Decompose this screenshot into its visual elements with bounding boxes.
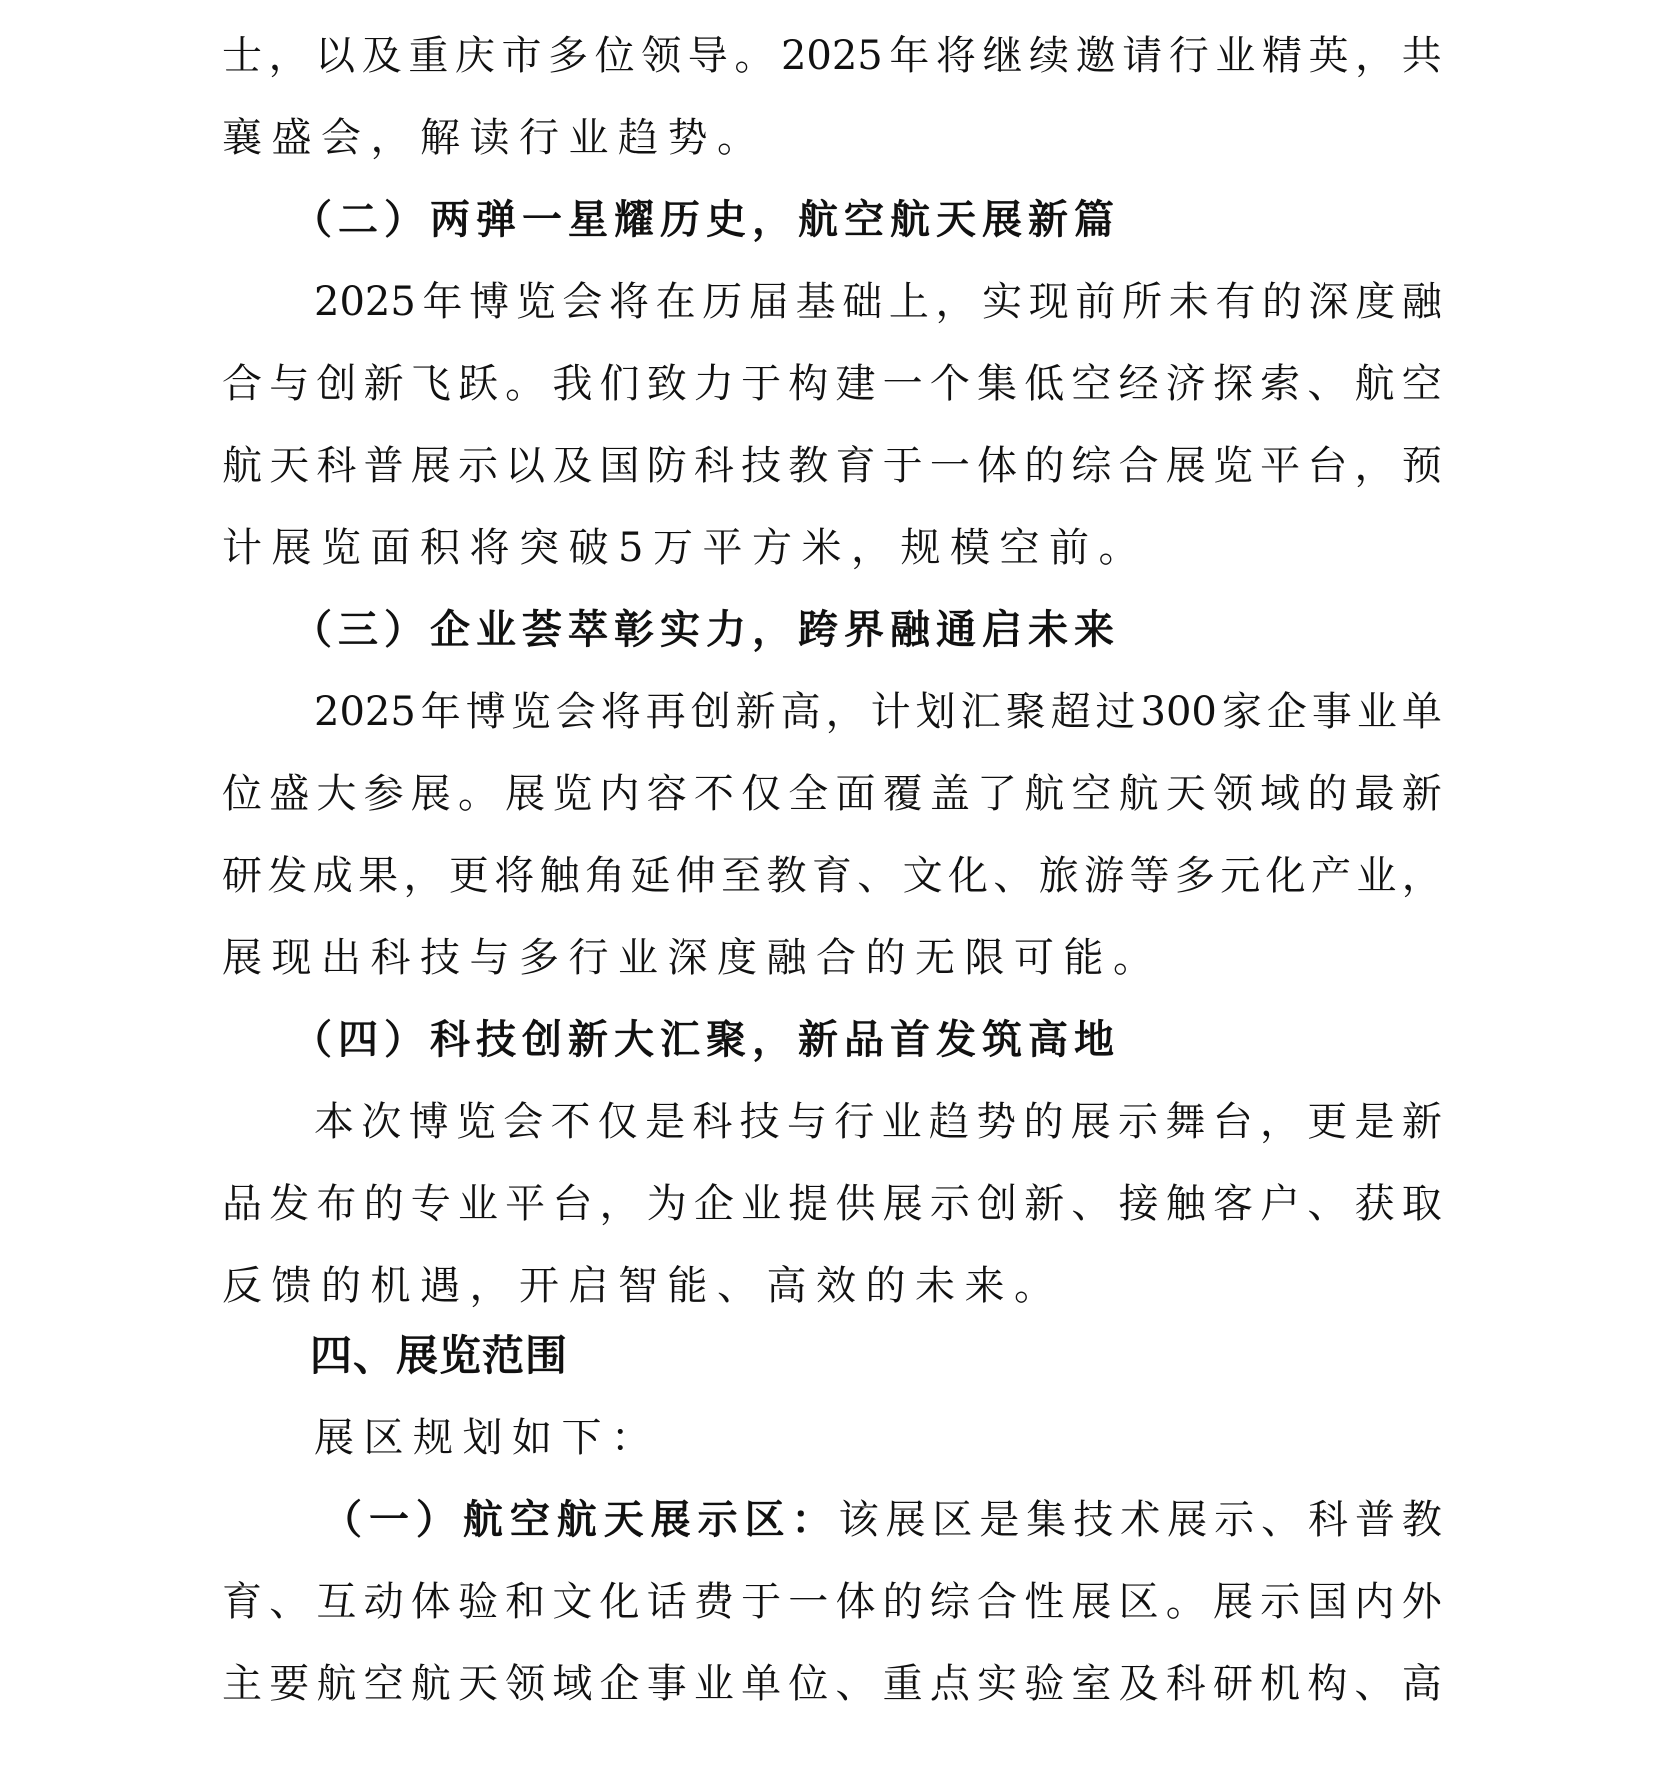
- paragraph-line: 2025年博览会将再创新高，计划汇聚超过300家企事业单: [314, 688, 1442, 736]
- paragraph-line: 品发布的专业平台，为企业提供展示创新、接触客户、获取: [222, 1180, 1442, 1228]
- paragraph-line: 航天科普展示以及国防科技教育于一体的综合展览平台，预: [222, 442, 1442, 490]
- paragraph-line: 主要航空航天领域企事业单位、重点实验室及科研机构、高: [222, 1660, 1442, 1708]
- paragraph-line: 反馈的机遇，开启智能、高效的未来。: [222, 1262, 1442, 1310]
- paragraph-line: 研发成果，更将触角延伸至教育、文化、旅游等多元化产业，: [222, 852, 1442, 900]
- paragraph-line: 合与创新飞跃。我们致力于构建一个集低空经济探索、航空: [222, 360, 1442, 408]
- paragraph-line: 展区规划如下：: [314, 1414, 1442, 1462]
- section-subheading: （三）企业荟萃彰实力，跨界融通启未来: [292, 606, 1442, 654]
- paragraph-line: 位盛大参展。展览内容不仅全面覆盖了航空航天领域的最新: [222, 770, 1442, 818]
- section-subheading: （四）科技创新大汇聚，新品首发筑高地: [292, 1016, 1442, 1064]
- paragraph-line: （一）航空航天展示区：该展区是集技术展示、科普教: [322, 1496, 1442, 1544]
- paragraph-line: 计展览面积将突破5万平方米，规模空前。: [222, 524, 1442, 572]
- section-heading: 四、展览范围: [310, 1332, 1442, 1380]
- paragraph-line: 士，以及重庆市多位领导。2025年将继续邀请行业精英，共: [222, 32, 1442, 80]
- paragraph-line: 襄盛会，解读行业趋势。: [222, 114, 1442, 162]
- paragraph-line: 2025年博览会将在历届基础上，实现前所未有的深度融: [314, 278, 1442, 326]
- paragraph-line: 育、互动体验和文化话费于一体的综合性展区。展示国内外: [222, 1578, 1442, 1626]
- section-subheading: （二）两弹一星耀历史，航空航天展新篇: [292, 196, 1442, 244]
- paragraph-line: 展现出科技与多行业深度融合的无限可能。: [222, 934, 1442, 982]
- paragraph-line: 本次博览会不仅是科技与行业趋势的展示舞台，更是新: [314, 1098, 1442, 1146]
